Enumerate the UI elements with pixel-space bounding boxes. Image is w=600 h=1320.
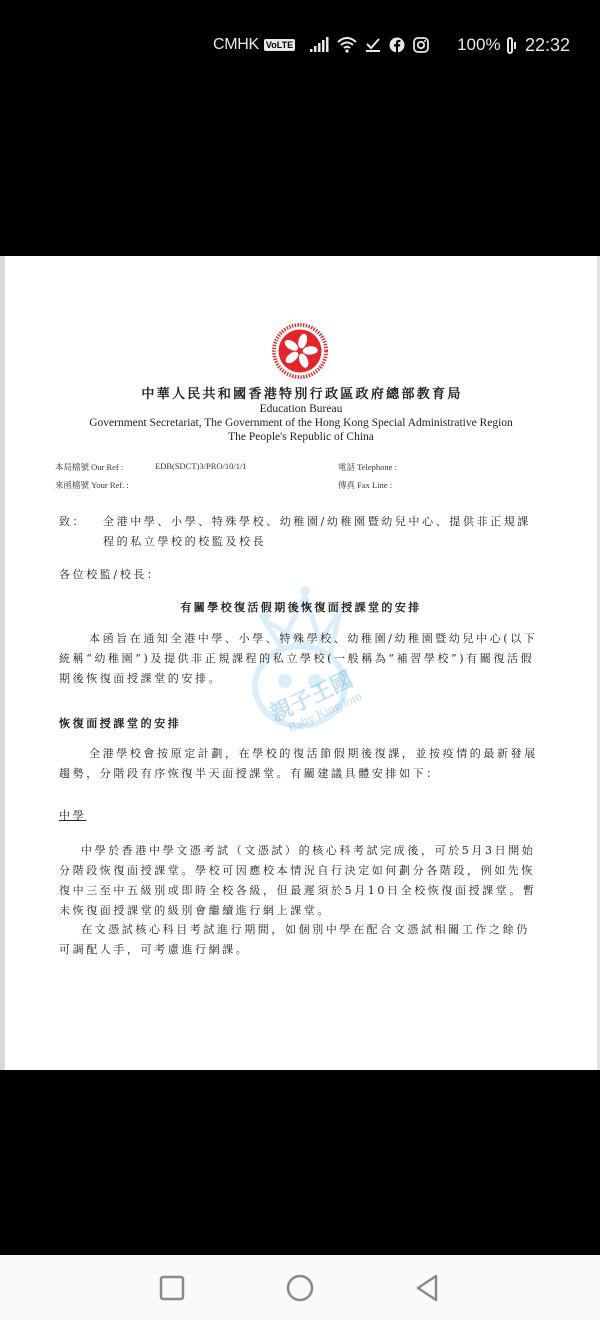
your-ref-row: 來函檔號 Your Ref. : 傳真 Fax Line : xyxy=(55,479,557,497)
our-ref-label: 本局檔號 Our Ref : xyxy=(55,461,123,473)
letterhead-bureau: Education Bureau xyxy=(5,402,597,416)
battery-icon xyxy=(507,37,513,54)
paragraph-secondary-schools: 中學於香港中學文憑考試（文憑試）的核心科考試完成後，可於5月3日開始分階段恢復面… xyxy=(59,841,543,921)
square-recents-icon xyxy=(159,1275,185,1301)
wifi-icon xyxy=(337,37,357,53)
recents-button[interactable] xyxy=(157,1273,187,1303)
reference-block: 本局檔號 Our Ref : EDB(SDCT)3/PRO/10/1/1 電話 … xyxy=(55,461,557,497)
our-ref-value: EDB(SDCT)3/PRO/10/1/1 xyxy=(155,461,247,471)
section-heading: 恢復面授課堂的安排 xyxy=(59,714,543,734)
home-button[interactable] xyxy=(285,1273,315,1303)
telephone-label: 電話 Telephone : xyxy=(338,461,397,473)
addressee-text: 全港中學、小學、特殊學校、幼稚園/幼稚園暨幼兒中心、提供非正規課程的私立學校的校… xyxy=(103,512,543,552)
letterhead-chinese-title: 中華人民共和國香港特別行政區政府總部教育局 xyxy=(7,383,597,402)
circle-home-icon xyxy=(286,1274,314,1302)
letterhead-government: Government Secretariat, The Government o… xyxy=(5,416,597,430)
carrier-name: CMHK xyxy=(213,36,259,54)
clock: 22:32 xyxy=(525,35,570,56)
your-ref-label: 來函檔號 Your Ref. : xyxy=(55,479,129,491)
navigation-bar xyxy=(0,1255,600,1320)
document-page: 親子王國 Baby Kingdom 中華人民共和國香港特別行政區政府總部教育局 … xyxy=(5,256,597,1070)
paragraph-dse-period: 在文憑試核心科目考試進行期間，如個別中學在配合文憑試相關工作之餘仍可調配人手，可… xyxy=(59,920,543,960)
facebook-icon xyxy=(389,37,405,53)
paragraph-intro: 本函旨在通知全港中學、小學、特殊學校、幼稚園/幼稚園暨幼兒中心(以下統稱“幼稚園… xyxy=(59,629,543,689)
triangle-back-icon xyxy=(414,1274,440,1302)
volte-badge: VoLTE xyxy=(264,39,295,51)
status-bar: CMHK VoLTE 100% 22:32 xyxy=(0,0,600,90)
instagram-icon xyxy=(413,37,429,53)
addressee: 致： 全港中學、小學、特殊學校、幼稚園/幼稚園暨幼兒中心、提供非正規課程的私立學… xyxy=(59,512,543,552)
paragraph-arrangement: 全港學校會按原定計劃，在學校的復活節假期後復課，並按疫情的最新發展趨勢，分階段有… xyxy=(59,744,543,784)
sub-heading-secondary: 中學 xyxy=(59,806,543,826)
back-button[interactable] xyxy=(412,1273,442,1303)
salutation: 各位校監/校長： xyxy=(59,565,543,585)
fax-label: 傳真 Fax Line : xyxy=(338,479,392,491)
document-viewer[interactable]: 親子王國 Baby Kingdom 中華人民共和國香港特別行政區政府總部教育局 … xyxy=(0,256,600,1070)
battery-percent: 100% xyxy=(457,35,500,55)
status-row: CMHK VoLTE 100% 22:32 xyxy=(213,34,570,56)
letterhead: 中華人民共和國香港特別行政區政府總部教育局 Education Bureau G… xyxy=(5,383,597,444)
signal-icon xyxy=(309,37,329,53)
hksar-emblem-icon xyxy=(272,323,328,379)
letterhead-country: The People's Republic of China xyxy=(5,430,597,444)
our-ref-row: 本局檔號 Our Ref : EDB(SDCT)3/PRO/10/1/1 電話 … xyxy=(55,461,557,479)
download-done-icon xyxy=(365,37,381,53)
letter-subject: 有關學校復活假期後恢復面授課堂的安排 xyxy=(59,598,543,618)
addressee-label: 致： xyxy=(59,512,86,532)
